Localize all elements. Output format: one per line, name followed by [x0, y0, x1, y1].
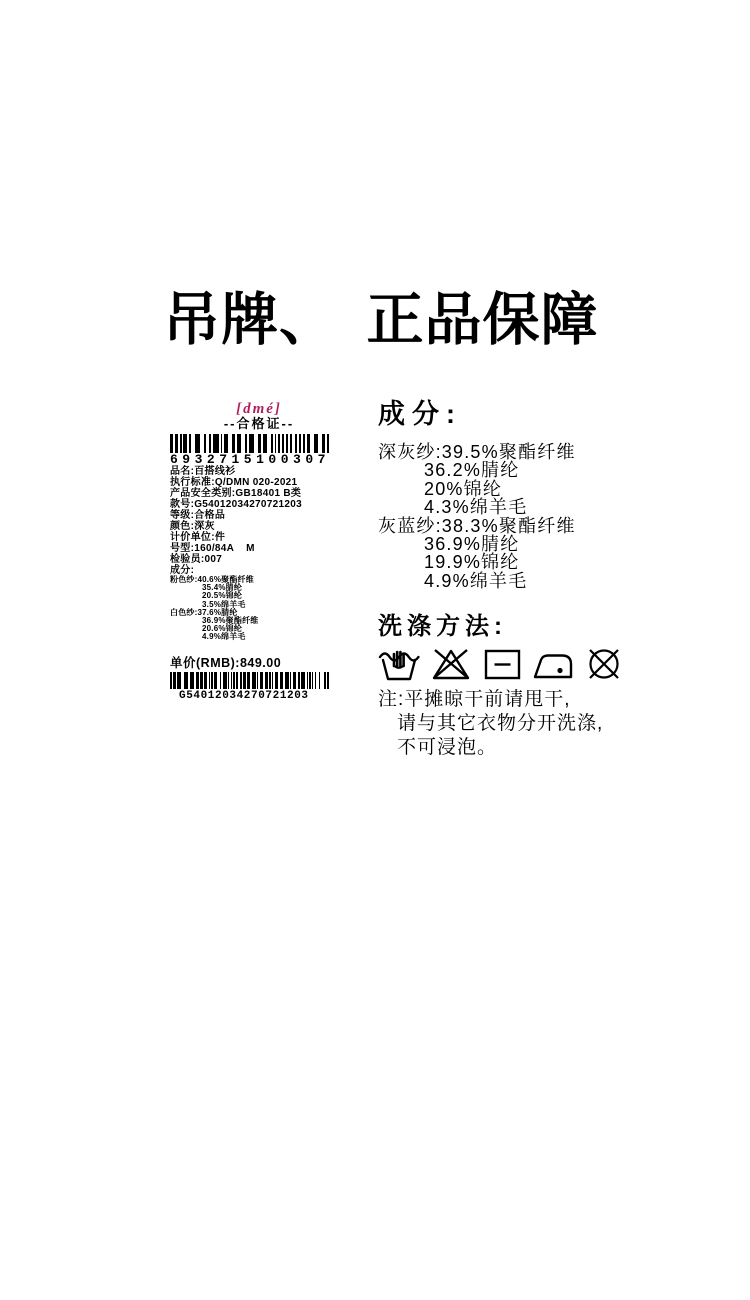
tag-line-size: 号型:160/84A M	[170, 543, 348, 554]
composition-line: 4.3%绵羊毛	[378, 498, 630, 516]
washing-note-line: 注:平摊晾干前请甩干,	[378, 688, 630, 712]
tag-composition-line: 4.9%绵羊毛	[170, 633, 348, 641]
page-title: 吊牌、 正品保障	[163, 274, 599, 356]
care-icons-row	[378, 646, 630, 682]
washing-notes: 注:平摊晾干前请甩干, 请与其它衣物分开洗涤, 不可浸泡。	[378, 688, 630, 760]
tag-line-standard: 执行标准:Q/DMN 020-2021	[170, 477, 348, 488]
price-line: 单价(RMB):849.00	[170, 656, 348, 670]
tag-line-unit: 计价单位:件	[170, 532, 348, 543]
composition-heading: 成分:	[378, 399, 630, 429]
hand-wash-icon	[378, 646, 420, 682]
tag-line-safety-class: 产品安全类别:GB18401 B类	[170, 488, 348, 499]
barcode-top-digits: 6932715100307	[170, 454, 332, 466]
hang-tag: [dmé] --合格证-- 6932715100307 品名:百搭线衫 执行标准…	[170, 401, 348, 702]
tag-composition-line: 20.6%锦纶	[170, 625, 348, 633]
tag-composition-line: 35.4%腈纶	[170, 584, 348, 592]
do-not-bleach-icon	[430, 646, 472, 682]
barcode-bottom-code: G54012034270721203	[170, 690, 348, 702]
tag-composition-line: 白色纱:37.6%腈纶	[170, 609, 348, 617]
tag-line-product-name: 品名:百搭线衫	[170, 466, 348, 477]
barcode-top	[170, 434, 330, 453]
composition-line: 20%锦纶	[378, 480, 630, 498]
product-detail-image: 吊牌、 正品保障 [dmé] --合格证-- 6932715100307 品名:…	[0, 0, 750, 1300]
composition-line: 36.9%腈纶	[378, 535, 630, 553]
brand-logo: [dmé]	[170, 401, 348, 417]
composition-line: 灰蓝纱:38.3%聚酯纤维	[378, 517, 630, 535]
barcode-bottom	[170, 672, 330, 689]
composition-panel: 成分: 深灰纱:39.5%聚酯纤维 36.2%腈纶 20%锦纶 4.3%绵羊毛 …	[378, 399, 630, 760]
tag-composition-line: 20.5%锦纶	[170, 592, 348, 600]
composition-line: 19.9%锦纶	[378, 553, 630, 571]
tag-composition-line: 36.9%聚酯纤维	[170, 617, 348, 625]
composition-line: 4.9%绵羊毛	[378, 572, 630, 590]
iron-low-icon	[532, 646, 574, 682]
washing-note-line: 请与其它衣物分开洗涤,	[378, 712, 630, 736]
certificate-label: --合格证--	[170, 417, 348, 431]
tag-line-grade: 等级:合格品	[170, 510, 348, 521]
washing-note-line: 不可浸泡。	[378, 736, 630, 760]
dry-flat-icon	[482, 646, 522, 682]
composition-line: 深灰纱:39.5%聚酯纤维	[378, 443, 630, 461]
tag-line-style-no: 款号:G54012034270721203	[170, 499, 348, 510]
tag-composition-line: 粉色纱:40.6%聚酯纤维	[170, 576, 348, 584]
washing-heading: 洗涤方法:	[378, 614, 630, 640]
composition-line: 36.2%腈纶	[378, 461, 630, 479]
tag-line-inspector: 检验员:007	[170, 554, 348, 565]
do-not-dry-clean-icon	[584, 646, 624, 682]
tag-line-color: 颜色:深灰	[170, 521, 348, 532]
